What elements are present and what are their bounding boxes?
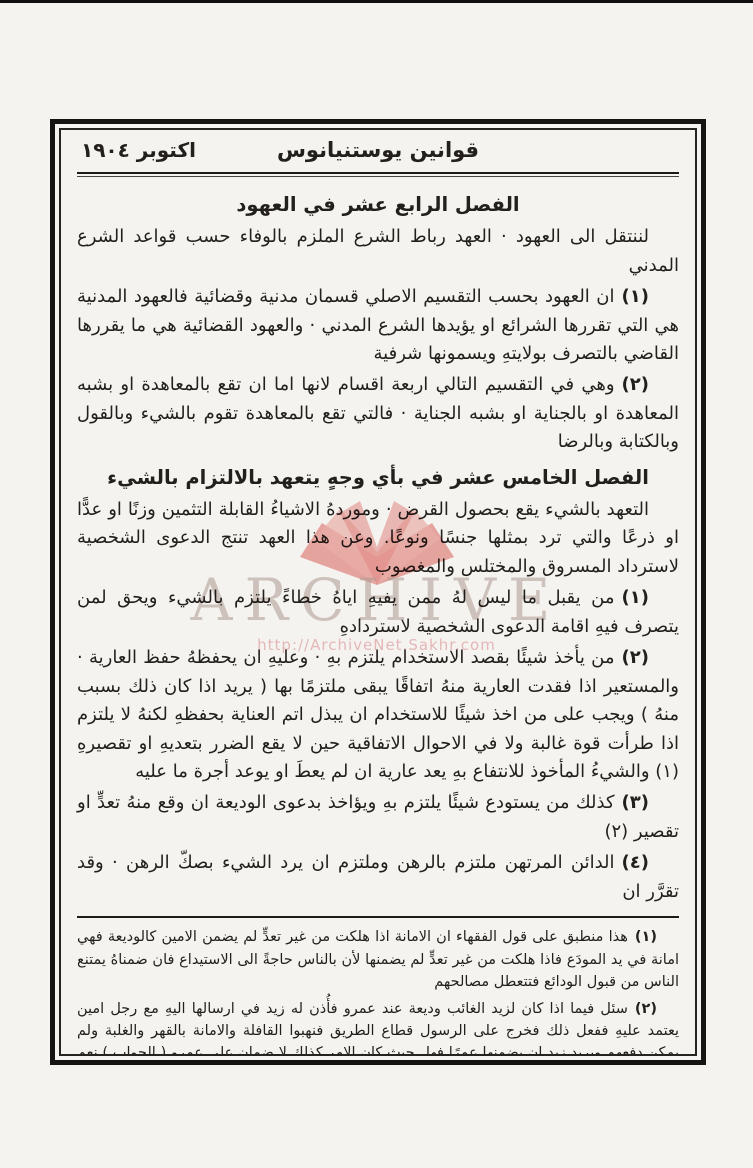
scanned-book-page: { "page": { "header": { "date": "اكتوبر … <box>0 0 753 1168</box>
footnotes-section: (١)هذا منطبق على قول الفقهاء ان الامانة … <box>77 916 679 1056</box>
page-body: الفصل الرابع عشر في العهود لننتقل الى ال… <box>77 174 679 1056</box>
footnote: (١)هذا منطبق على قول الفقهاء ان الامانة … <box>77 926 679 993</box>
scan-edge-line <box>0 0 753 3</box>
footnote-text: هذا منطبق على قول الفقهاء ان الامانة اذا… <box>77 929 679 990</box>
footnote-text: سئل فيما اذا كان لزيد الغائب وديعة عند ع… <box>77 1001 679 1056</box>
page-frame: قوانين يوستنيانوس اكتوبر ١٩٠٤ الفصل الرا… <box>50 119 706 1065</box>
article-text: ان العهود بحسب التقسيم الاصلي قسمان مدني… <box>77 286 679 364</box>
book-title: قوانين يوستنيانوس <box>247 138 509 162</box>
article-text: الدائن المرتهن ملتزم بالرهن وملتزم ان ير… <box>77 852 679 901</box>
article-number: (٣) <box>622 792 649 813</box>
article-number: (٢) <box>622 374 649 395</box>
page-header: قوانين يوستنيانوس اكتوبر ١٩٠٤ <box>77 134 679 174</box>
article-paragraph: (٢)من يأخذ شيئًا بقصد الاستخدام يلتزم به… <box>77 644 679 786</box>
chapter-14-intro: لننتقل الى العهود · العهد رباط الشرع الم… <box>77 223 679 280</box>
chapter-14-heading: الفصل الرابع عشر في العهود <box>77 190 679 219</box>
article-number: (١) <box>622 587 649 608</box>
article-paragraph: (١)من يقبل ما ليس لهُ ممن يفيهِ اياهُ خط… <box>77 584 679 641</box>
article-number: (٤) <box>622 852 649 873</box>
article-text: وهي في التقسيم التالي اربعة اقسام لانها … <box>77 374 679 452</box>
chapter-15-heading: الفصل الخامس عشر في بأي وجهٍ يتعهد بالال… <box>77 463 679 492</box>
article-text: من يقبل ما ليس لهُ ممن يفيهِ اياهُ خطاءً… <box>77 587 679 636</box>
article-number: (٢) <box>622 647 649 668</box>
chapter-15-intro: التعهد بالشيء يقع بحصول القرض · وموردهُ … <box>77 496 679 581</box>
footnote-number: (٢) <box>635 1001 657 1017</box>
footnote-number: (١) <box>635 929 657 945</box>
page-frame-inner: قوانين يوستنيانوس اكتوبر ١٩٠٤ الفصل الرا… <box>59 128 697 1056</box>
article-text: كذلك من يستودع شيئًا يلتزم بهِ ويؤاخذ بد… <box>77 792 679 841</box>
article-paragraph: (٤)الدائن المرتهن ملتزم بالرهن وملتزم ان… <box>77 849 679 906</box>
article-paragraph: (٣)كذلك من يستودع شيئًا يلتزم بهِ ويؤاخذ… <box>77 789 679 846</box>
article-number: (١) <box>622 286 649 307</box>
issue-date: اكتوبر ١٩٠٤ <box>81 138 196 162</box>
article-paragraph: (١)ان العهود بحسب التقسيم الاصلي قسمان م… <box>77 283 679 368</box>
footnote: (٢)سئل فيما اذا كان لزيد الغائب وديعة عن… <box>77 998 679 1056</box>
article-text: من يأخذ شيئًا بقصد الاستخدام يلتزم بهِ ·… <box>77 647 679 782</box>
article-paragraph: (٢)وهي في التقسيم التالي اربعة اقسام لان… <box>77 371 679 456</box>
